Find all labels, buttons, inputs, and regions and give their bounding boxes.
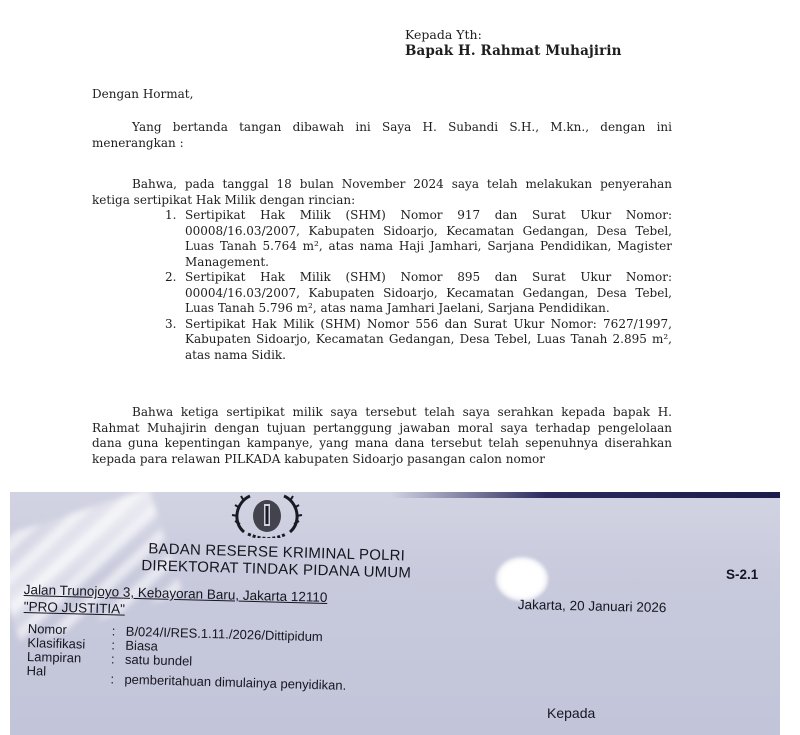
police-notice-letter: BADAN RESERSE KRIMINAL POLRI DIREKTORAT … (10, 492, 780, 735)
certificate-item: 1. Sertipikat Hak Milik (SHM) Nomor 917 … (165, 208, 672, 270)
certificate-number: 3. (165, 317, 176, 333)
place-date: Jakarta, 20 Januari 2026 (518, 597, 667, 615)
purpose-paragraph: Bahwa ketiga sertipikat milik saya terse… (92, 405, 672, 467)
addressee-label: Kepada Yth: (405, 27, 622, 43)
handover-paragraph: Bahwa, pada tanggal 18 bulan November 20… (92, 177, 672, 208)
certificate-text: Sertipikat Hak Milik (SHM) Nomor 917 dan… (185, 208, 672, 269)
camera-flash-spot (496, 557, 548, 601)
meta-separator: : (110, 666, 125, 686)
certificate-item: 3. Sertipikat Hak Milik (SHM) Nomor 556 … (165, 317, 672, 364)
statement-letter: Kepada Yth: Bapak H. Rahmat Muhajirin De… (0, 0, 800, 485)
letter-metadata: Nomor : B/024/I/RES.1.11./2026/Dittipidu… (26, 622, 347, 693)
recipient-label: Kepada (547, 705, 595, 721)
certificate-text: Sertipikat Hak Milik (SHM) Nomor 556 dan… (185, 317, 672, 362)
certificate-number: 1. (165, 208, 176, 224)
certificate-number: 2. (165, 270, 176, 286)
photo-edge-shadow (390, 492, 780, 498)
certificate-text: Sertipikat Hak Milik (SHM) Nomor 895 dan… (185, 270, 672, 315)
certificate-list: 1. Sertipikat Hak Milik (SHM) Nomor 917 … (165, 208, 672, 363)
certificate-item: 2. Sertipikat Hak Milik (SHM) Nomor 895 … (165, 270, 672, 317)
addressee-name: Bapak H. Rahmat Muhajirin (405, 43, 622, 59)
purpose-paragraph-text: Bahwa ketiga sertipikat milik saya terse… (92, 405, 672, 466)
intro-paragraph: Yang bertanda tangan dibawah ini Saya H.… (92, 120, 672, 151)
form-code: S-2.1 (726, 567, 758, 582)
salutation: Dengan Hormat, (92, 87, 193, 101)
meta-key: Hal (26, 664, 111, 686)
pro-justitia-label: "PRO JUSTITIA" (24, 599, 125, 617)
polri-crest-icon (228, 492, 306, 538)
meta-separator: : (111, 652, 125, 666)
intro-paragraph-text: Yang bertanda tangan dibawah ini Saya H.… (92, 120, 672, 150)
handover-paragraph-text: Bahwa, pada tanggal 18 bulan November 20… (92, 177, 672, 207)
addressee-block: Kepada Yth: Bapak H. Rahmat Muhajirin (405, 27, 622, 59)
